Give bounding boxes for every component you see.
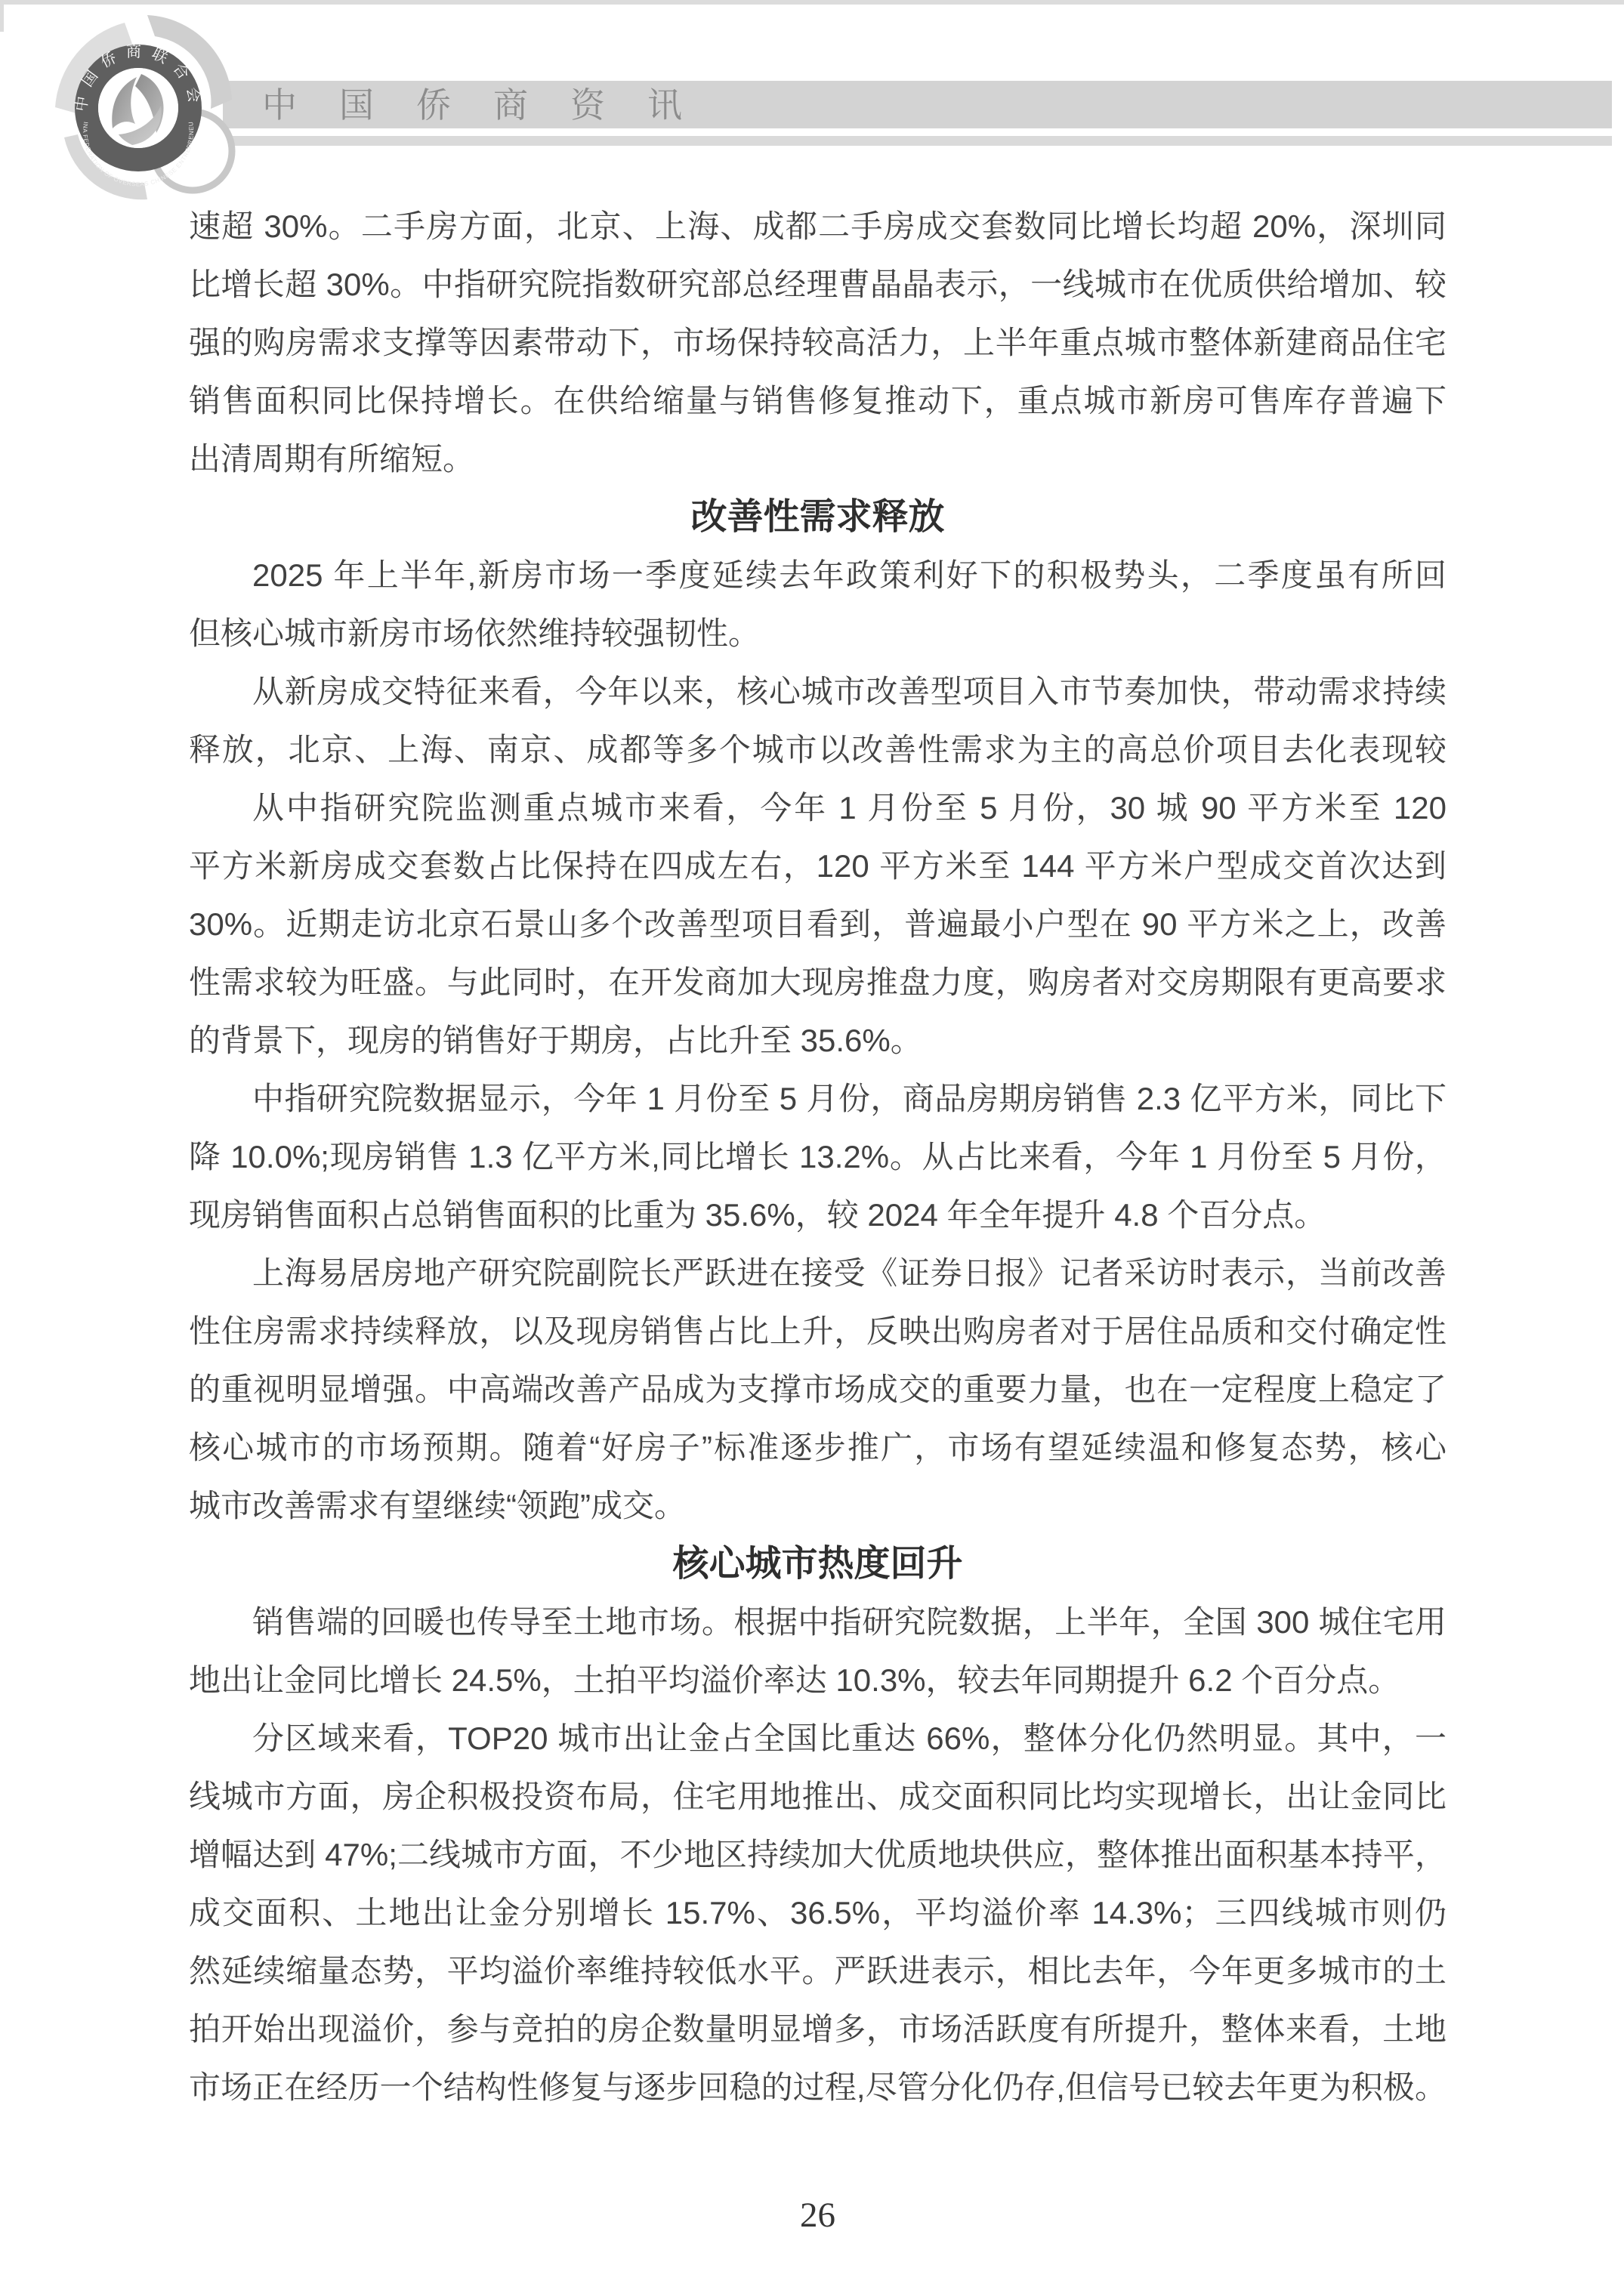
body-line: 现房销售面积占总销售面积的比重为 35.6%，较 2024 年全年提升 4.8 …: [189, 1186, 1446, 1244]
section-heading: 改善性需求释放: [189, 488, 1446, 546]
body-line: 然延续缩量态势，平均溢价率维持较低水平。严跃进表示，相比去年，今年更多城市的土: [189, 1942, 1446, 2000]
masthead-bar: 中国侨商资讯: [223, 81, 1612, 128]
body-line: 的背景下，现房的销售好于期房，占比升至 35.6%。: [189, 1011, 1446, 1069]
body-line: 速超 30%。二手房方面，北京、上海、成都二手房成交套数同比增长均超 20%，深…: [189, 197, 1446, 255]
masthead-accent-bar: [223, 136, 1612, 146]
body-line: 城市改善需求有望继续“领跑”成交。: [189, 1477, 1446, 1535]
body-line: 销售面积同比保持增长。在供给缩量与销售修复推动下，重点城市新房可售库存普遍下降，: [189, 372, 1446, 430]
masthead-title: 中国侨商资讯: [223, 81, 1612, 128]
body-line: 销售端的回暖也传导至土地市场。根据中指研究院数据，上半年，全国 300 城住宅用: [189, 1593, 1446, 1651]
body-line: 但核心城市新房市场依然维持较强韧性。: [189, 604, 1446, 662]
body-line: 增幅达到 47%;二线城市方面，不少地区持续加大优质地块供应，整体推出面积基本持…: [189, 1825, 1446, 1884]
body-line: 线城市方面，房企积极投资布局，住宅用地推出、成交面积同比均实现增长，出让金同比: [189, 1767, 1446, 1825]
body-line: 中指研究院数据显示，今年 1 月份至 5 月份，商品房期房销售 2.3 亿平方米…: [189, 1069, 1446, 1128]
page-number: 26: [189, 2195, 1446, 2236]
organization-logo-icon: 中国侨商联合会 CHINA FEDERATION OF OVERSEAS CHI…: [34, 9, 245, 205]
body-line: 的重视明显增强。中高端改善产品成为支撑市场成交的重要力量，也在一定程度上稳定了: [189, 1360, 1446, 1418]
scan-edge-left: [0, 0, 4, 32]
body-line: 比增长超 30%。中指研究院指数研究部总经理曹晶晶表示，一线城市在优质供给增加、…: [189, 255, 1446, 313]
body-line: 从新房成交特征来看，今年以来，核心城市改善型项目入市节奏加快，带动需求持续: [189, 662, 1446, 721]
body-line: 强的购房需求支撑等因素带动下，市场保持较高活力，上半年重点城市整体新建商品住宅: [189, 313, 1446, 372]
document-page: 中国侨商资讯: [0, 0, 1624, 2293]
section-heading: 核心城市热度回升: [189, 1535, 1446, 1593]
body-line: 2025 年上半年,新房市场一季度延续去年政策利好下的积极势头，二季度虽有所回落…: [189, 546, 1446, 604]
body-line: 从中指研究院监测重点城市来看，今年 1 月份至 5 月份，30 城 90 平方米…: [189, 779, 1446, 837]
article-text-column: 速超 30%。二手房方面，北京、上海、成都二手房成交套数同比增长均超 20%，深…: [189, 197, 1446, 2116]
body-line: 市场正在经历一个结构性修复与逐步回稳的过程,尽管分化仍存,但信号已较去年更为积极…: [189, 2058, 1446, 2116]
scan-edge-top: [0, 0, 1624, 5]
body-line: 核心城市的市场预期。随着“好房子”标准逐步推广，市场有望延续温和修复态势，核心: [189, 1418, 1446, 1477]
body-line: 释放，北京、上海、南京、成都等多个城市以改善性需求为主的高总价项目去化表现较好。: [189, 721, 1446, 779]
body-line: 地出让金同比增长 24.5%，土拍平均溢价率达 10.3%，较去年同期提升 6.…: [189, 1651, 1446, 1709]
body-line: 上海易居房地产研究院副院长严跃进在接受《证券日报》记者采访时表示，当前改善: [189, 1244, 1446, 1302]
body-line: 性住房需求持续释放，以及现房销售占比上升，反映出购房者对于居住品质和交付确定性: [189, 1302, 1446, 1360]
body-line: 成交面积、土地出让金分别增长 15.7%、36.5%，平均溢价率 14.3%；三…: [189, 1884, 1446, 1942]
body-line: 平方米新房成交套数占比保持在四成左右，120 平方米至 144 平方米户型成交首…: [189, 837, 1446, 895]
body-line: 分区域来看，TOP20 城市出让金占全国比重达 66%，整体分化仍然明显。其中，…: [189, 1709, 1446, 1767]
body-line: 出清周期有所缩短。: [189, 430, 1446, 488]
body-line: 性需求较为旺盛。与此同时，在开发商加大现房推盘力度，购房者对交房期限有更高要求: [189, 953, 1446, 1011]
body-line: 降 10.0%;现房销售 1.3 亿平方米,同比增长 13.2%。从占比来看，今…: [189, 1128, 1446, 1186]
body-line: 30%。近期走访北京石景山多个改善型项目看到，普遍最小户型在 90 平方米之上，…: [189, 895, 1446, 953]
body-line: 拍开始出现溢价，参与竞拍的房企数量明显增多，市场活跃度有所提升，整体来看，土地: [189, 2000, 1446, 2058]
